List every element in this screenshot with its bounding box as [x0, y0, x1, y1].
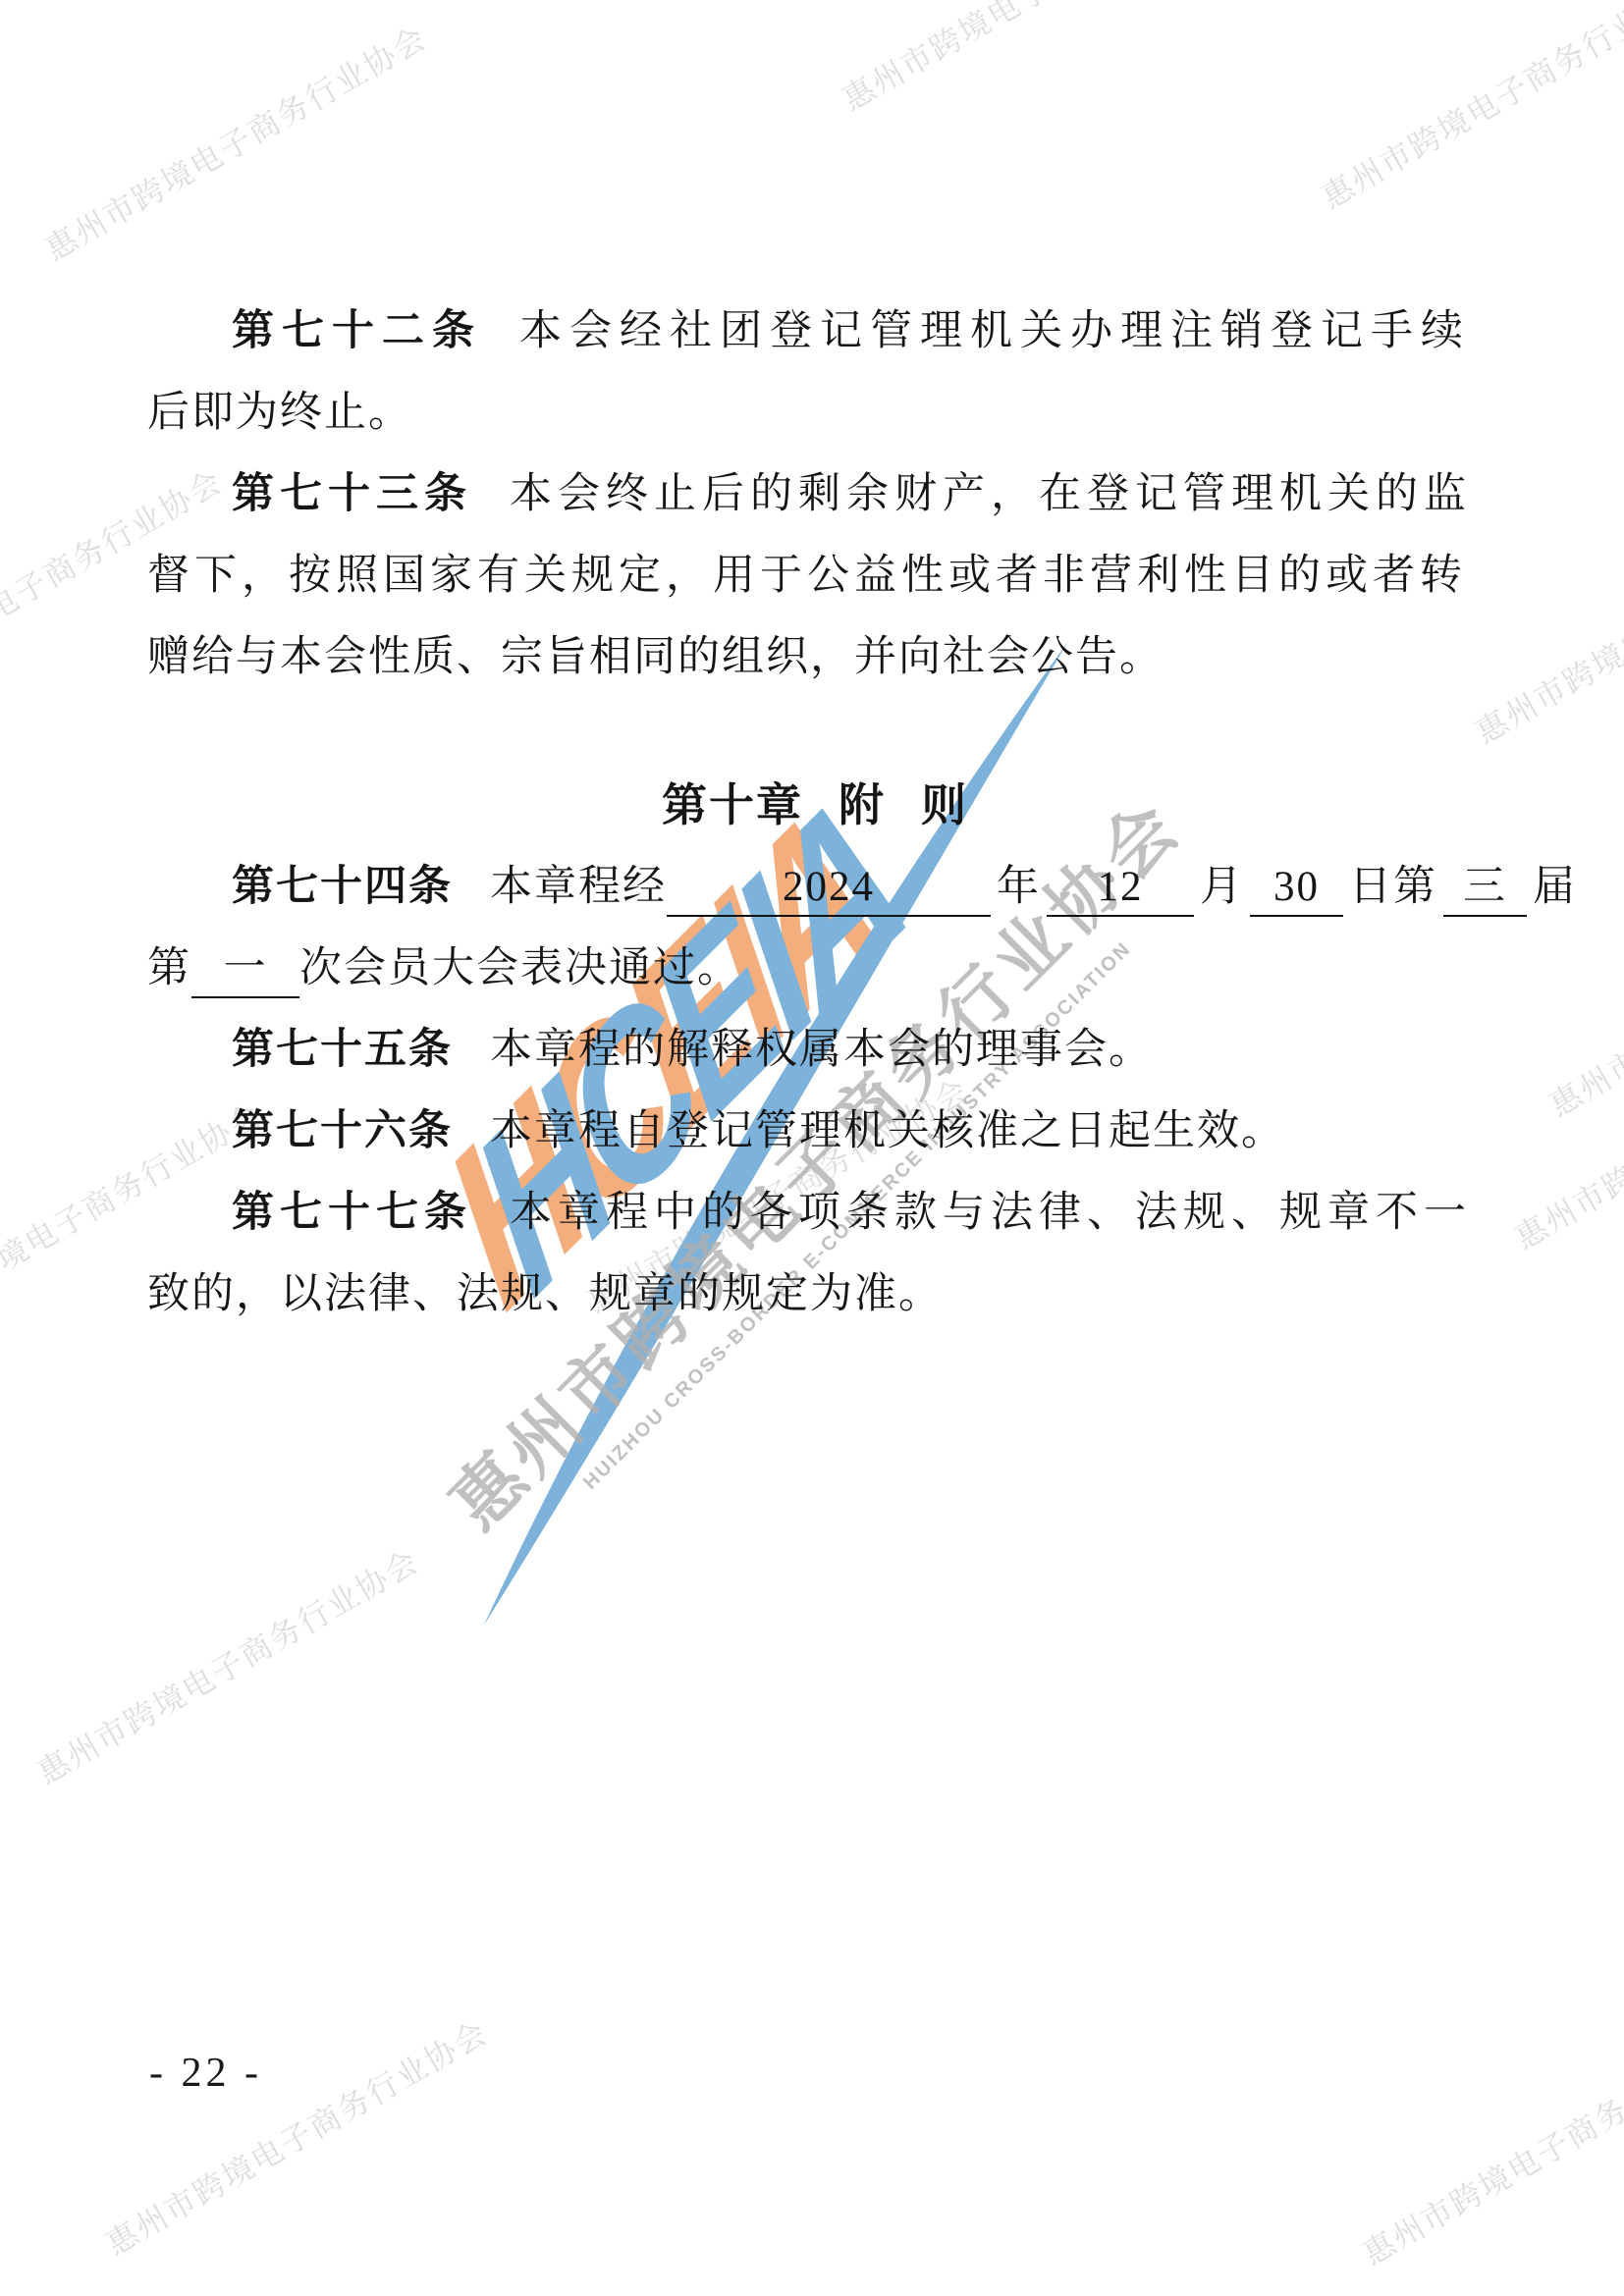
chapter-10-heading: 第十章附则 [147, 765, 1483, 846]
article-74-year-blank: 2024 [667, 862, 991, 917]
article-73-line-2: 督下，按照国家有关规定，用于公益性或者非营利性目的或者转 [147, 535, 1483, 616]
article-75-text-1: 本章程的解释权属本会的理事会。 [490, 1027, 1153, 1073]
article-74-session-blank: 三 [1443, 862, 1527, 917]
article-73-text-1: 本会终止后的剩余财产，在登记管理机关的监 [510, 471, 1472, 517]
article-74-pre-text: 本章程经 [490, 864, 667, 910]
article-77-text-2: 致的，以法律、法规、规章的规定为准。 [147, 1271, 943, 1317]
article-74-line2-pre: 第 [147, 945, 191, 991]
article-74-session-unit: 届 [1533, 864, 1577, 910]
article-74-month-unit: 月 [1200, 864, 1244, 910]
article-74-meeting-blank: 一 [191, 943, 299, 998]
article-72-text-1: 本会经社团登记管理机关办理注销登记手续 [519, 308, 1471, 354]
article-73-line-3: 赠给与本会性质、宗旨相同的组织，并向社会公告。 [147, 616, 1483, 698]
document-content: 第七十二条本会经社团登记管理机关办理注销登记手续 后即为终止。 第七十三条本会终… [147, 291, 1483, 1335]
article-73-number: 第七十三条 [232, 470, 472, 517]
article-74-month-blank: 12 [1047, 862, 1194, 917]
watermark-tile: 惠州市跨境电子商务行业协会 [1354, 2018, 1624, 2274]
article-76-line-1: 第七十六条本章程自登记管理机关核准之日起生效。 [147, 1091, 1483, 1172]
watermark-tile: 惠州市跨境电子商务行业协会 [1506, 1002, 1624, 1258]
article-73-text-3: 赠给与本会性质、宗旨相同的组织，并向社会公告。 [147, 634, 1164, 680]
watermark-tile: 惠州市跨境电子商务行业协会 [1467, 497, 1624, 753]
article-75-line-1: 第七十五条本章程的解释权属本会的理事会。 [147, 1009, 1483, 1091]
article-77-number: 第七十七条 [232, 1189, 472, 1236]
article-77-text-1: 本章程中的各项条款与法律、法规、规章不一 [510, 1190, 1472, 1236]
article-76-text-1: 本章程自登记管理机关核准之日起生效。 [490, 1108, 1285, 1154]
article-73-text-2: 督下，按照国家有关规定，用于公益性或者非营利性目的或者转 [147, 553, 1467, 599]
chapter-title-part1: 附 [839, 779, 886, 830]
article-72-line-1: 第七十二条本会经社团登记管理机关办理注销登记手续 [147, 291, 1483, 372]
article-77-line-1: 第七十七条本章程中的各项条款与法律、法规、规章不一 [147, 1172, 1483, 1254]
article-74-day-unit: 日第 [1349, 864, 1437, 910]
article-74-number: 第七十四条 [232, 863, 453, 910]
article-76-number: 第七十六条 [232, 1107, 453, 1154]
article-77-line-2: 致的，以法律、法规、规章的规定为准。 [147, 1254, 1483, 1335]
article-73-line-1: 第七十三条本会终止后的剩余财产，在登记管理机关的监 [147, 454, 1483, 535]
watermark-tile: 惠州市跨境电子商务行业协会 [97, 2008, 496, 2265]
watermark-tile: 惠州市跨境电子商务行业协会 [1313, 0, 1624, 218]
page-number: - 22 - [149, 2050, 262, 2097]
article-72-number: 第七十二条 [232, 307, 482, 354]
document-page: 惠州市跨境电子商务行业协会 惠州市跨境电子商务行业协会 惠州市跨境电子商务行业协… [0, 0, 1624, 2296]
article-72-text-2: 后即为终止。 [147, 390, 412, 436]
chapter-title-part2: 则 [921, 779, 968, 830]
chapter-number: 第十章 [662, 779, 803, 830]
article-74-day-blank: 30 [1250, 862, 1343, 917]
article-72-line-2: 后即为终止。 [147, 372, 1483, 454]
article-74-line-2: 第一次会员大会表决通过。 [147, 928, 1483, 1009]
article-74-year-unit: 年 [997, 864, 1041, 910]
article-75-number: 第七十五条 [232, 1026, 453, 1073]
watermark-tile: 惠州市跨境电子商务行业协会 [36, 14, 435, 270]
watermark-tile: 惠州市跨境电子商务行业协会 [28, 1537, 427, 1793]
article-74-line2-rest: 次会员大会表决通过。 [299, 945, 741, 991]
article-74-line-1: 第七十四条本章程经2024年12月30日第三届 [147, 846, 1483, 928]
watermark-tile: 惠州市跨境电子商务行业协会 [834, 0, 1232, 120]
